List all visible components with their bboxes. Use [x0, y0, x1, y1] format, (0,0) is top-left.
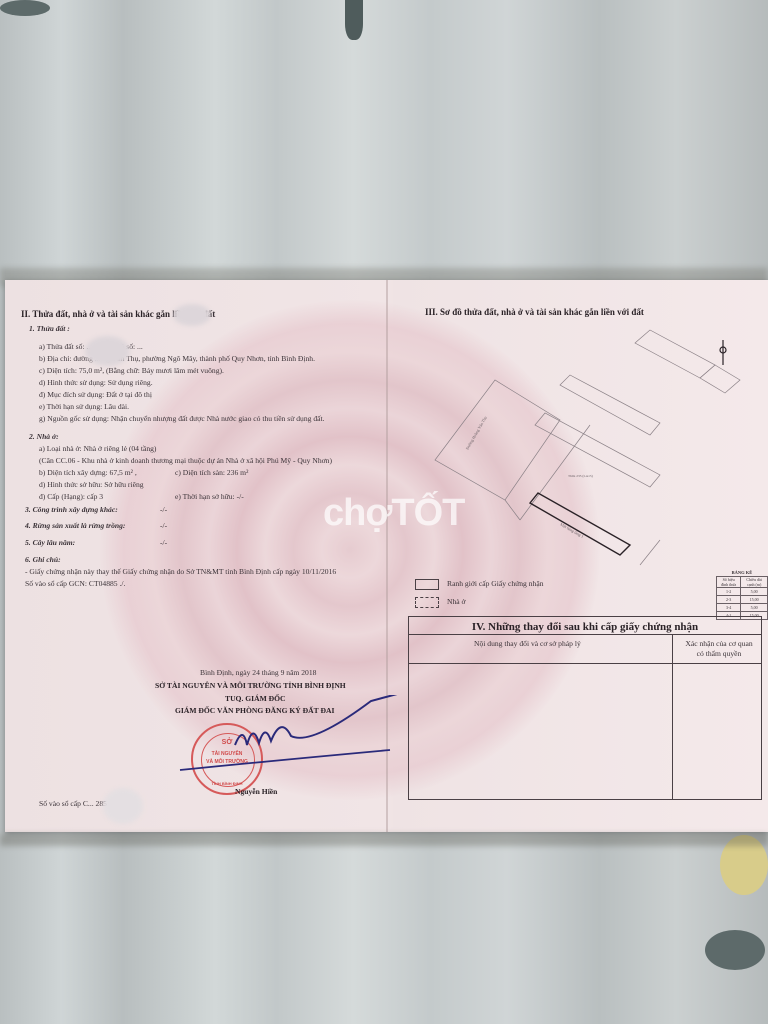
plot-note: Thửa 235 (LA15)	[568, 474, 594, 478]
house-a: a) Loại nhà ở: Nhà ở riêng lẻ (04 tầng)	[39, 445, 156, 453]
bang-ke-header: Số hiệu đỉnh thửa	[717, 577, 741, 588]
signature-stroke	[175, 695, 405, 785]
house-heading: 2. Nhà ở:	[29, 433, 59, 441]
floor-label: Mặt bằng tầng 1	[560, 522, 585, 539]
perennial-value: -/-	[160, 539, 167, 547]
land-d: d) Hình thức sử dụng: Sử dụng riêng.	[39, 379, 153, 387]
land-certificate: chợTỐT II. Thửa đất, nhà ở và tài sản kh…	[5, 280, 768, 832]
land-e: e) Thời hạn sử dụng: Lâu dài.	[39, 403, 129, 411]
section-iii-title: III. Sơ đồ thửa đất, nhà ở và tài sản kh…	[425, 308, 644, 317]
land-dd: đ) Mục đích sử dụng: Đất ở tại đô thị	[39, 391, 152, 399]
cloth-pattern	[345, 0, 363, 40]
bang-ke-row: 1-25,00	[717, 588, 768, 596]
legend-house: Nhà ở	[447, 598, 466, 606]
notes-line2: Số vào sổ cấp GCN: CT04885 ./.	[25, 580, 125, 588]
legend-boundary: Ranh giới cấp Giấy chứng nhận	[447, 580, 544, 588]
bang-ke-row: 3-45,00	[717, 604, 768, 612]
section-iv-title: IV. Những thay đổi sau khi cấp giấy chứn…	[409, 621, 761, 633]
perennial-label: 5. Cây lâu năm:	[25, 539, 75, 547]
land-b: b) Địa chỉ: đường ... ng Văn Thụ, phường…	[39, 355, 315, 363]
notes-heading: 6. Ghi chú:	[25, 556, 61, 564]
redaction	[173, 304, 211, 326]
redaction	[103, 788, 143, 824]
changes-col1: Nội dung thay đổi và cơ sở pháp lý	[474, 640, 581, 648]
changes-table: IV. Những thay đổi sau khi cấp giấy chứn…	[408, 616, 762, 800]
signer-name: Nguyễn Hiền	[235, 788, 277, 796]
registry-number: Số vào sổ cấp C... 285	[39, 800, 107, 808]
house-e: e) Thời hạn sở hữu: -/-	[175, 493, 244, 501]
land-g: g) Nguồn gốc sử dụng: Nhận chuyển nhượng…	[39, 415, 325, 423]
legend-solid-box	[415, 579, 439, 590]
cloth-pattern	[0, 0, 50, 16]
bang-ke-header: Chiều dài cạnh (m)	[741, 577, 768, 588]
bang-ke-table: BẢNG KÊ Số hiệu đỉnh thửaChiều dài cạnh …	[716, 569, 768, 620]
house-b: b) Diện tích xây dựng: 67,5 m² ,	[39, 469, 137, 477]
house-c: c) Diện tích sàn: 236 m²	[175, 469, 248, 477]
cloth-pattern	[705, 930, 765, 970]
bang-ke-title: BẢNG KÊ	[717, 569, 768, 577]
other-works-value: -/-	[160, 506, 167, 514]
house-a-note: (Căn CC.06 - Khu nhà ở kinh doanh thương…	[39, 457, 332, 465]
land-plot-diagram: Đường Hoàng Văn Thụ Mặt bằng tầng 1 Thửa…	[420, 325, 765, 575]
land-heading: 1. Thửa đất :	[29, 325, 70, 333]
sign-org: SỞ TÀI NGUYÊN VÀ MÔI TRƯỜNG TỈNH BÌNH ĐỊ…	[155, 682, 346, 690]
bang-ke-row: 2-315,00	[717, 596, 768, 604]
forest-value: -/-	[160, 522, 167, 530]
house-dd: đ) Cấp (Hạng): cấp 3	[39, 493, 103, 501]
sign-place-date: Bình Định, ngày 24 tháng 9 năm 2018	[200, 669, 316, 677]
street-label: Đường Hoàng Văn Thụ	[465, 415, 488, 450]
land-c: c) Diện tích: 75,0 m², (Bằng chữ: Bảy mư…	[39, 367, 224, 375]
cloth-shadow	[0, 834, 768, 846]
legend-dashed-box	[415, 597, 439, 608]
forest-label: 4. Rừng sản xuất là rừng trồng:	[25, 522, 125, 530]
redaction	[85, 336, 130, 366]
notes-line1: - Giấy chứng nhận này thay thế Giấy chứn…	[25, 568, 336, 576]
changes-col2: Xác nhận của cơ quan có thẩm quyền	[681, 639, 757, 659]
other-works-label: 3. Công trình xây dựng khác:	[25, 506, 118, 514]
house-d: d) Hình thức sở hữu: Sở hữu riêng	[39, 481, 144, 489]
